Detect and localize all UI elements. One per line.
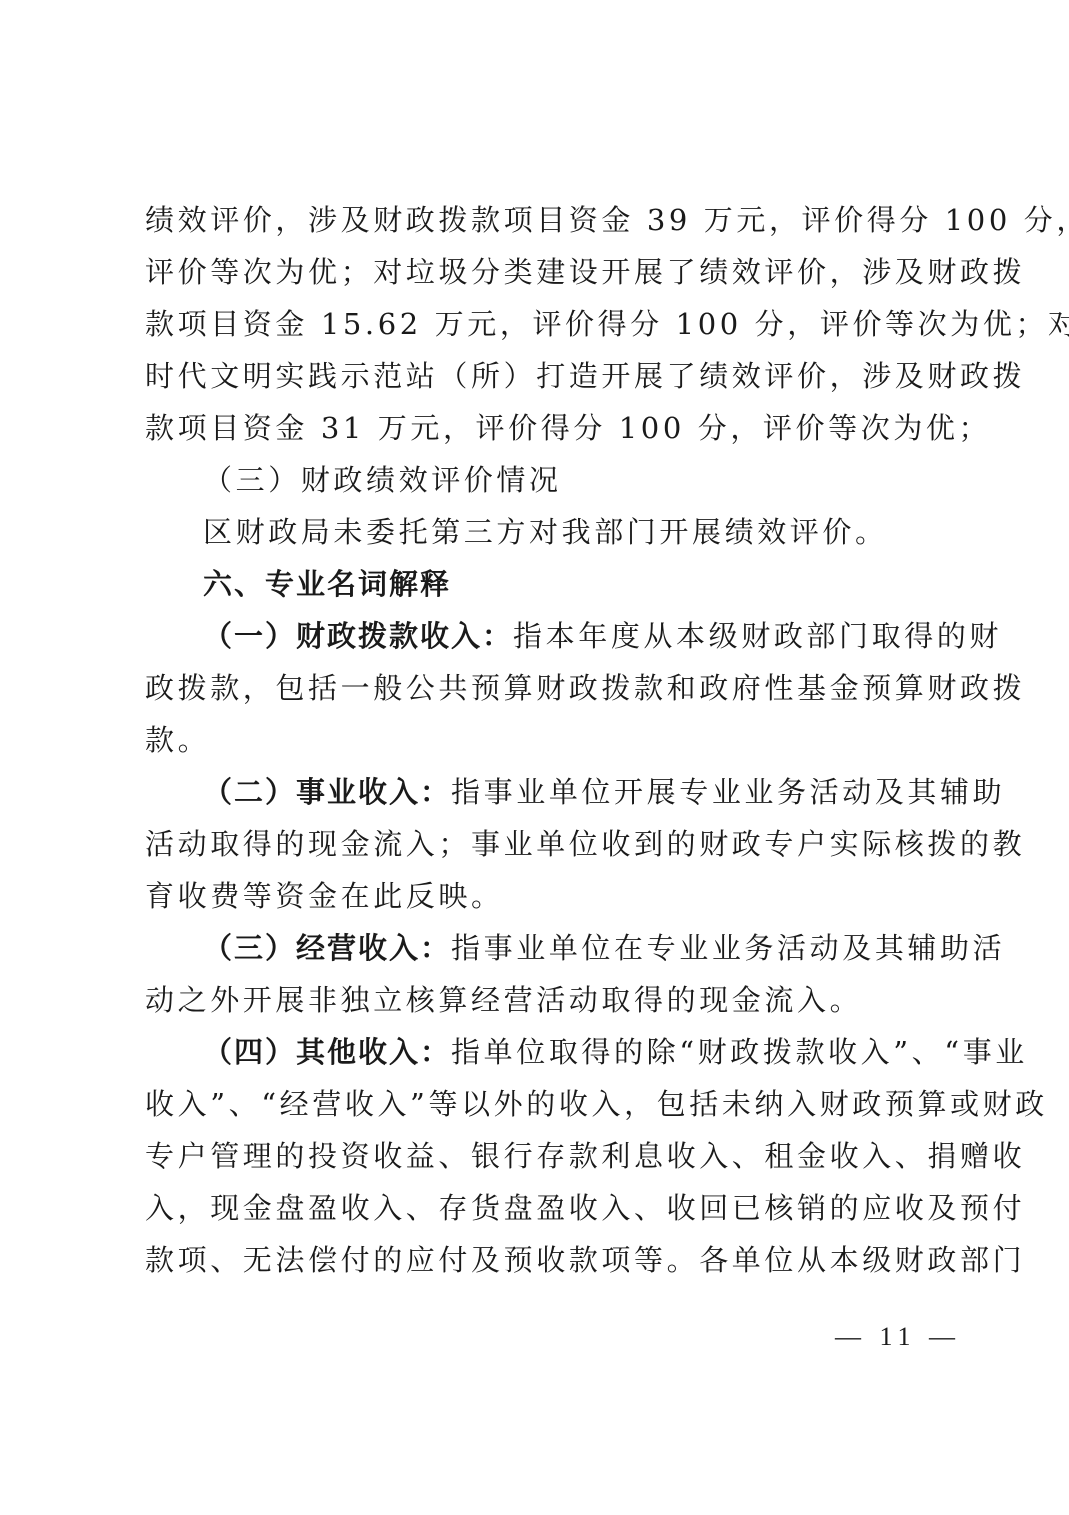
definition-line: （三）经营收入：指事业单位在专业业务活动及其辅助活	[203, 928, 993, 968]
section-heading: 六、专业名词解释	[203, 564, 993, 604]
paragraph-line: 专户管理的投资收益、银行存款利息收入、租金收入、捐赠收	[145, 1136, 935, 1176]
definition-text: 指事业单位在专业业务活动及其辅助活	[451, 931, 1005, 965]
paragraph-line: 入，现金盘盈收入、存货盘盈收入、收回已核销的应收及预付	[145, 1188, 935, 1228]
paragraph-line: 款项、无法偿付的应付及预收款项等。各单位从本级财政部门	[145, 1240, 935, 1280]
paragraph-line: 政拨款，包括一般公共预算财政拨款和政府性基金预算财政拨	[145, 668, 935, 708]
paragraph-line: 时代文明实践示范站（所）打造开展了绩效评价，涉及财政拨	[145, 356, 935, 396]
paragraph-line: 区财政局未委托第三方对我部门开展绩效评价。	[203, 512, 993, 552]
definition-text: 指本年度从本级财政部门取得的财	[513, 619, 1002, 653]
paragraph-line: 绩效评价，涉及财政拨款项目资金 39 万元，评价得分 100 分，	[145, 200, 935, 240]
definition-term: （二）事业收入：	[203, 775, 451, 809]
definition-line: （四）其他收入：指单位取得的除“财政拨款收入”、“事业	[203, 1032, 993, 1072]
paragraph-line: 动之外开展非独立核算经营活动取得的现金流入。	[145, 980, 935, 1020]
definition-text: 指事业单位开展专业业务活动及其辅助	[451, 775, 1005, 809]
paragraph-line: 育收费等资金在此反映。	[145, 876, 935, 916]
paragraph-line: 款项目资金 15.62 万元，评价得分 100 分，评价等次为优；对新	[145, 304, 935, 344]
paragraph-line: 活动取得的现金流入；事业单位收到的财政专户实际核拨的教	[145, 824, 935, 864]
paragraph-line: 评价等次为优；对垃圾分类建设开展了绩效评价，涉及财政拨	[145, 252, 935, 292]
definition-line: （二）事业收入：指事业单位开展专业业务活动及其辅助	[203, 772, 993, 812]
paragraph-line: 收入”、“经营收入”等以外的收入，包括未纳入财政预算或财政	[145, 1084, 935, 1124]
definition-term: （一）财政拨款收入：	[203, 619, 513, 653]
definition-term: （四）其他收入：	[203, 1035, 451, 1069]
definition-line: （一）财政拨款收入：指本年度从本级财政部门取得的财	[203, 616, 993, 656]
subsection-heading: （三）财政绩效评价情况	[203, 460, 993, 500]
paragraph-line: 款项目资金 31 万元，评价得分 100 分，评价等次为优；	[145, 408, 935, 448]
document-page: 绩效评价，涉及财政拨款项目资金 39 万元，评价得分 100 分， 评价等次为优…	[0, 0, 1069, 1515]
page-number: — 11 —	[835, 1322, 961, 1352]
paragraph-line: 款。	[145, 720, 935, 760]
definition-term: （三）经营收入：	[203, 931, 451, 965]
definition-text: 指单位取得的除“财政拨款收入”、“事业	[451, 1035, 1028, 1069]
